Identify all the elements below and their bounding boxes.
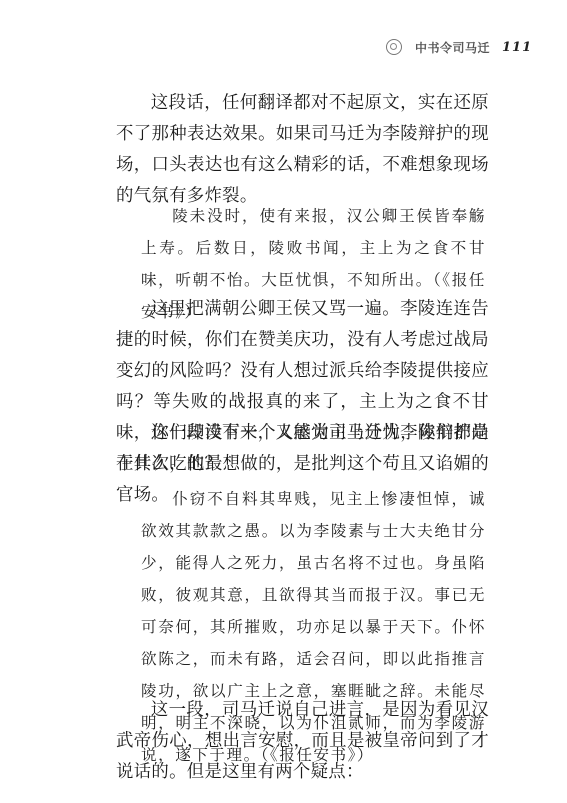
paragraph-4: 这一段，司马迁说自己进言，是因为看见汉武帝伤心，想出言安慰，而且是被皇帝问到了才…	[116, 695, 489, 788]
paragraph-1: 这段话，任何翻译都对不起原文，实在还原不了那种表达效果。如果司马迁为李陵辩护的现…	[116, 88, 489, 212]
page-number: 111	[502, 40, 532, 55]
page-header: 中书令司马迁 111	[386, 36, 532, 58]
publisher-logo-icon	[386, 39, 402, 55]
running-title: 中书令司马迁	[415, 39, 490, 56]
